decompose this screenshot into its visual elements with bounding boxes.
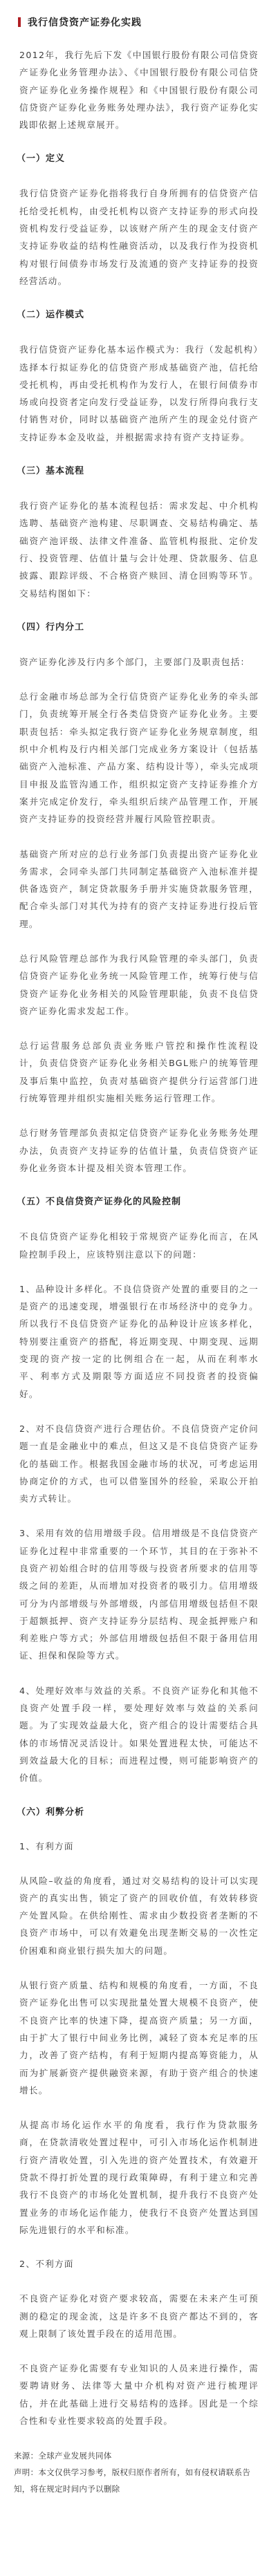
- paragraph: 总行风险管理总部作为我行风险管理的牵头部门，负责信贷资产证券化业务统一风险管理工…: [19, 950, 259, 1020]
- section-heading-definition: （一）定义: [17, 151, 259, 167]
- section-heading-pros-cons: （六）利弊分析: [17, 1804, 259, 1821]
- paragraph: 我行资产证券化的基本流程包括：需求发起、中介机构选聘、基础资产池构建、尽职调查、…: [19, 497, 259, 602]
- section-heading-basic-process: （三）基本流程: [17, 463, 259, 480]
- disclaimer-line: 声明：本文仅供学习参考，版权归原作者所有，如有侵权请联系告知，将在规定时间内予以…: [14, 2464, 264, 2497]
- paragraph: 基础资产所对应的总行业务部门负责提出资产证券化业务需求，会同牵头部门共同制定基础…: [19, 846, 259, 933]
- paragraph: 从风险–收益的角度看，通过对交易结构的设计可以实现资产的真实出售，锁定了资产的回…: [19, 1872, 259, 1959]
- paragraph: 1、品种设计多样化。不良信贷资产处置的重要目的之一是资产的迅速变现，增强银行在市…: [19, 1280, 259, 1403]
- title-marker-bar: [18, 17, 21, 27]
- article-title-text: 我行信贷资产证券化实践: [28, 15, 142, 29]
- article-title: 我行信贷资产证券化实践: [18, 15, 278, 29]
- paragraph: 从银行资产质量、结构和规模的角度看，一方面，不良资产证券化出售可以实现批量处置大…: [19, 1977, 259, 2099]
- paragraph: 从提高市场化运作水平的角度看，我行作为贷款服务商，在贷款清收处置过程中，可引入市…: [19, 2116, 259, 2239]
- subsection-heading-disadvantages: 2、不利方面: [19, 2256, 259, 2272]
- subsection-heading-advantages: 1、有利方面: [19, 1838, 259, 1855]
- paragraph: 总行运营服务总部负责业务账户管控和操作性流程设计，负责信贷资产证券化业务相关BG…: [19, 1037, 259, 1107]
- paragraph: 3、采用有效的信用增级手段。信用增级是不良信贷资产证券化过程中非常重要的一个环节…: [19, 1524, 259, 1664]
- paragraph: 4、处理好效率与效益的关系。不良资产证券化和其他不良资产处置手段一样，要处理好效…: [19, 1682, 259, 1787]
- section-heading-division-of-labor: （四）行内分工: [17, 619, 259, 636]
- paragraph: 我行信贷资产证券化指将我行自身所拥有的信贷资产信托给受托机构，由受托机构以资产支…: [19, 185, 259, 290]
- article-footer: 来源：全球产业发展共同体 声明：本文仅供学习参考，版权归原作者所有，如有侵权请联…: [0, 2447, 278, 2497]
- paragraph: 不良信贷资产证券化相较于常规资产证券化而言，在风险控制手段上，应该特别注意以下的…: [19, 1228, 259, 1263]
- section-heading-operating-model: （二）运作模式: [17, 307, 259, 324]
- source-line: 来源：全球产业发展共同体: [14, 2447, 264, 2464]
- paragraph: 总行财务管理部负责拟定信贷资产证券化业务账务处理办法，负责资产支持证券的估值计量…: [19, 1124, 259, 1177]
- intro-paragraph: 2012年，我行先后下发《中国银行股份有限公司信贷资产证券化业务管理办法》、《中…: [19, 46, 259, 133]
- section-heading-risk-control: （五）不良信贷资产证券化的风险控制: [17, 1194, 259, 1211]
- paragraph: 不良资产证券化需要有专业知识的人员来进行操作，需要聘请财务、法律等大量中介机构对…: [19, 2360, 259, 2429]
- paragraph: 我行信贷资产证券化基本运作模式为：我行（发起机构）选择本行拟证券化的信贷资产形成…: [19, 341, 259, 446]
- paragraph: 资产证券化涉及行内多个部门，主要部门及职责包括：: [19, 653, 259, 671]
- article: 我行信贷资产证券化实践 2012年，我行先后下发《中国银行股份有限公司信贷资产证…: [0, 0, 278, 2539]
- paragraph: 不良资产证券化对资产要求较高，需要在未来产生可预测的稳定的现金流，这是许多不良资…: [19, 2290, 259, 2342]
- paragraph: 总行金融市场总部为全行信贷资产证券化业务的牵头部门，负责统筹开展全行各类信贷资产…: [19, 688, 259, 828]
- paragraph: 2、对不良信贷资产进行合理估价。不良信贷资产定价问题一直是金融业中的难点，但这又…: [19, 1420, 259, 1507]
- article-body: 2012年，我行先后下发《中国银行股份有限公司信贷资产证券化业务管理办法》、《中…: [0, 29, 278, 2429]
